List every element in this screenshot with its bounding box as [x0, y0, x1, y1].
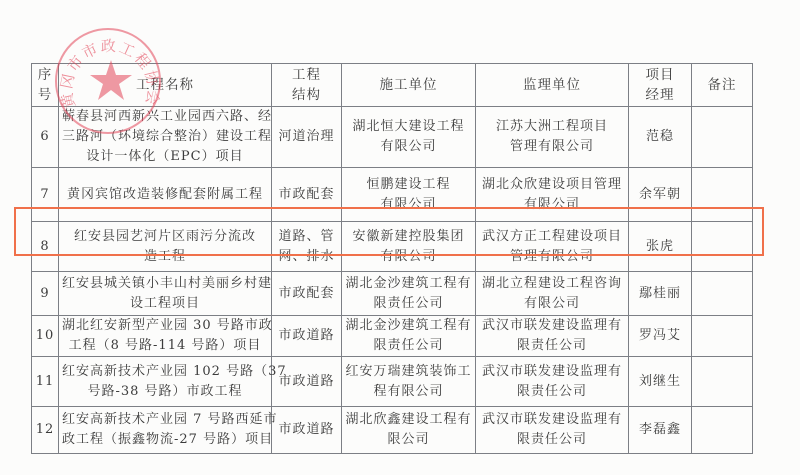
structure-line: 市政道路 — [275, 326, 338, 346]
header-builder: 施工单位 — [342, 64, 476, 107]
structure-line: 道路、管 — [275, 227, 338, 247]
cell-structure: 市政道路 — [272, 316, 342, 357]
supervisor-line: 有限公司 — [479, 294, 625, 314]
cell-note — [692, 357, 753, 407]
builder-line: 湖北金沙建筑工程有 — [345, 274, 472, 294]
cell-builder: 湖北欣鑫建设工程有 限公司 — [342, 407, 476, 454]
table-row: 12 红安高新技术产业园 7 号路西延市 政工程（振鑫物流-27 号路）项目 市… — [32, 407, 753, 454]
cell-note — [692, 272, 753, 316]
name-line: 工程（8 号路-114 号路）项目 — [62, 336, 268, 356]
supervisor-line: 武汉方正工程建设项目 — [479, 227, 625, 247]
cell-project-name: 红安县园艺河片区雨污分流改 造工程 — [59, 222, 272, 272]
structure-line: 河道治理 — [275, 127, 338, 147]
name-line: 蕲春县河西新兴工业园西六路、经 — [62, 107, 268, 127]
structure-line: 市政配套 — [275, 185, 338, 205]
name-line: 三路河（环境综合整治）建设工程 — [62, 127, 268, 147]
cell-note — [692, 107, 753, 168]
cell-structure: 道路、管 网、排水 — [272, 222, 342, 272]
builder-line: 红安万瑞建筑装饰工 — [345, 362, 472, 382]
cell-structure: 市政配套 — [272, 168, 342, 222]
cell-project-name: 湖北红安新型产业园 30 号路市政 工程（8 号路-114 号路）项目 — [59, 316, 272, 357]
builder-line: 程有限公司 — [345, 382, 472, 402]
header-manager-line: 项目 — [632, 65, 688, 85]
supervisor-line: 有限公司 — [479, 195, 625, 215]
name-line: 红安高新技术产业园 102 号路（37 — [62, 362, 268, 382]
supervisor-line: 限责任公司 — [479, 336, 625, 356]
name-line: 黄冈宾馆改造装修配套附属工程 — [62, 185, 268, 205]
header-no: 序 号 — [32, 64, 59, 107]
name-line: 红安高新技术产业园 7 号路西延市 — [62, 410, 268, 430]
cell-no: 8 — [32, 222, 59, 272]
builder-line: 湖北欣鑫建设工程有 — [345, 410, 472, 430]
cell-manager: 范稳 — [629, 107, 692, 168]
header-structure-line: 结构 — [275, 85, 338, 105]
supervisor-line: 武汉市联发建设监理有 — [479, 362, 625, 382]
table-header-row: 序 号 工程名称 工程 结构 施工单位 监理单位 项目 经理 备注 — [32, 64, 753, 107]
cell-no: 6 — [32, 107, 59, 168]
cell-builder: 湖北恒大建设工程 有限公司 — [342, 107, 476, 168]
header-structure: 工程 结构 — [272, 64, 342, 107]
builder-line: 湖北金沙建筑工程有 — [345, 316, 472, 336]
header-no-line: 序 — [35, 65, 55, 85]
supervisor-line: 管理有限公司 — [479, 137, 625, 157]
cell-manager: 罗冯艾 — [629, 316, 692, 357]
cell-supervisor: 湖北立程建设工程咨询 有限公司 — [476, 272, 629, 316]
builder-line: 限责任公司 — [345, 294, 472, 314]
cell-note — [692, 222, 753, 272]
supervisor-line: 湖北立程建设工程咨询 — [479, 274, 625, 294]
builder-line: 限公司 — [345, 430, 472, 450]
table-row-highlighted: 8 红安县园艺河片区雨污分流改 造工程 道路、管 网、排水 安徽新建控股集团 有… — [32, 222, 753, 272]
cell-manager: 余军朝 — [629, 168, 692, 222]
cell-supervisor: 武汉市联发建设监理有 限责任公司 — [476, 357, 629, 407]
table-row: 11 红安高新技术产业园 102 号路（37 号路-38 号路）市政工程 市政道… — [32, 357, 753, 407]
name-line: 红安县城关镇小丰山村美丽乡村建 — [62, 274, 268, 294]
cell-project-name: 红安高新技术产业园 102 号路（37 号路-38 号路）市政工程 — [59, 357, 272, 407]
cell-structure: 河道治理 — [272, 107, 342, 168]
cell-supervisor: 武汉方正工程建设项目 管理有限公司 — [476, 222, 629, 272]
cell-project-name: 红安高新技术产业园 7 号路西延市 政工程（振鑫物流-27 号路）项目 — [59, 407, 272, 454]
builder-line: 恒鹏建设工程 — [345, 175, 472, 195]
cell-manager: 鄢桂丽 — [629, 272, 692, 316]
supervisor-line: 武汉市联发建设监理有 — [479, 316, 625, 336]
cell-note — [692, 168, 753, 222]
cell-supervisor: 武汉市联发建设监理有 限责任公司 — [476, 407, 629, 454]
header-manager: 项目 经理 — [629, 64, 692, 107]
cell-project-name: 黄冈宾馆改造装修配套附属工程 — [59, 168, 272, 222]
cell-project-name: 红安县城关镇小丰山村美丽乡村建 设工程项目 — [59, 272, 272, 316]
cell-supervisor: 湖北众欣建设项目管理 有限公司 — [476, 168, 629, 222]
cell-builder: 安徽新建控股集团 有限公司 — [342, 222, 476, 272]
supervisor-line: 限责任公司 — [479, 382, 625, 402]
builder-line: 安徽新建控股集团 — [345, 227, 472, 247]
cell-structure: 市政配套 — [272, 272, 342, 316]
cell-builder: 恒鹏建设工程 有限公司 — [342, 168, 476, 222]
structure-line: 市政配套 — [275, 284, 338, 304]
name-line: 红安县园艺河片区雨污分流改 — [62, 227, 268, 247]
cell-no: 9 — [32, 272, 59, 316]
project-table: 序 号 工程名称 工程 结构 施工单位 监理单位 项目 经理 备注 — [31, 63, 753, 454]
cell-structure: 市政道路 — [272, 407, 342, 454]
cell-note — [692, 316, 753, 357]
cell-builder: 湖北金沙建筑工程有 限责任公司 — [342, 272, 476, 316]
cell-no: 7 — [32, 168, 59, 222]
header-note: 备注 — [692, 64, 753, 107]
name-line: 造工程 — [62, 247, 268, 267]
cell-supervisor: 江苏大洲工程项目 管理有限公司 — [476, 107, 629, 168]
cell-supervisor: 武汉市联发建设监理有 限责任公司 — [476, 316, 629, 357]
builder-line: 有限公司 — [345, 137, 472, 157]
cell-no: 10 — [32, 316, 59, 357]
supervisor-line: 湖北众欣建设项目管理 — [479, 175, 625, 195]
cell-note — [692, 407, 753, 454]
supervisor-line: 限责任公司 — [479, 430, 625, 450]
table-row: 6 蕲春县河西新兴工业园西六路、经 三路河（环境综合整治）建设工程 设计一体化（… — [32, 107, 753, 168]
header-structure-line: 工程 — [275, 65, 338, 85]
supervisor-line: 武汉市联发建设监理有 — [479, 410, 625, 430]
cell-manager: 李磊鑫 — [629, 407, 692, 454]
structure-line: 市政道路 — [275, 420, 338, 440]
name-line: 号路-38 号路）市政工程 — [62, 382, 268, 402]
supervisor-line: 管理有限公司 — [479, 247, 625, 267]
table-row: 9 红安县城关镇小丰山村美丽乡村建 设工程项目 市政配套 湖北金沙建筑工程有 限… — [32, 272, 753, 316]
cell-builder: 湖北金沙建筑工程有 限责任公司 — [342, 316, 476, 357]
structure-line: 网、排水 — [275, 247, 338, 267]
cell-no: 12 — [32, 407, 59, 454]
header-manager-line: 经理 — [632, 85, 688, 105]
header-project-name: 工程名称 — [59, 64, 272, 107]
name-line: 湖北红安新型产业园 30 号路市政 — [62, 316, 268, 336]
cell-no: 11 — [32, 357, 59, 407]
document-page: 序 号 工程名称 工程 结构 施工单位 监理单位 项目 经理 备注 — [0, 0, 800, 475]
name-line: 设计一体化（EPC）项目 — [62, 147, 268, 167]
supervisor-line: 江苏大洲工程项目 — [479, 117, 625, 137]
structure-line: 市政道路 — [275, 372, 338, 392]
builder-line: 限责任公司 — [345, 336, 472, 356]
cell-manager: 刘继生 — [629, 357, 692, 407]
header-no-line: 号 — [35, 85, 55, 105]
cell-manager: 张虎 — [629, 222, 692, 272]
builder-line: 有限公司 — [345, 195, 472, 215]
cell-builder: 红安万瑞建筑装饰工 程有限公司 — [342, 357, 476, 407]
table-row: 10 湖北红安新型产业园 30 号路市政 工程（8 号路-114 号路）项目 市… — [32, 316, 753, 357]
name-line: 政工程（振鑫物流-27 号路）项目 — [62, 430, 268, 450]
table-row: 7 黄冈宾馆改造装修配套附属工程 市政配套 恒鹏建设工程 有限公司 湖北众欣建设… — [32, 168, 753, 222]
builder-line: 有限公司 — [345, 247, 472, 267]
cell-project-name: 蕲春县河西新兴工业园西六路、经 三路河（环境综合整治）建设工程 设计一体化（EP… — [59, 107, 272, 168]
builder-line: 湖北恒大建设工程 — [345, 117, 472, 137]
name-line: 设工程项目 — [62, 294, 268, 314]
header-supervisor: 监理单位 — [476, 64, 629, 107]
